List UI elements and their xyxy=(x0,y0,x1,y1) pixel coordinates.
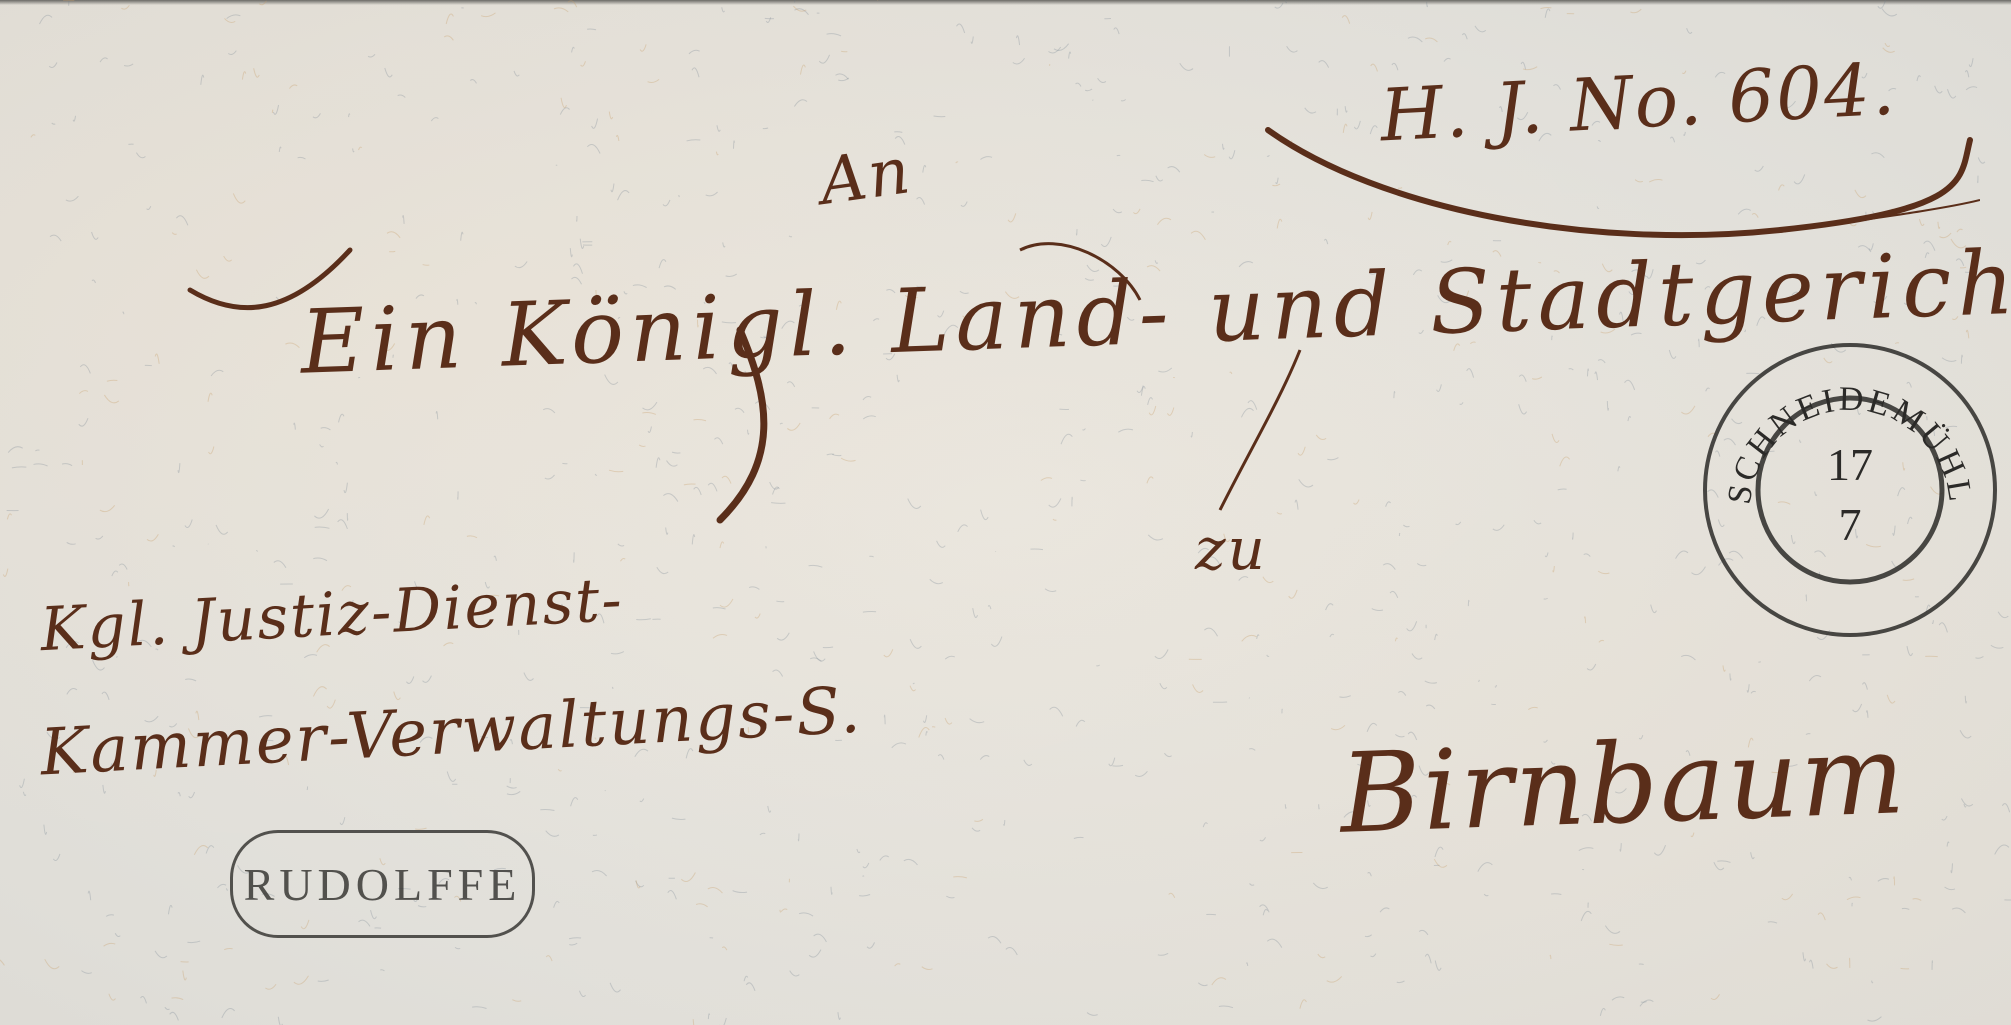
circular-postmark: SCHNEIDEMÜHL 17 7 xyxy=(1695,335,2005,645)
boxed-postmark-text: RUDOLFFE xyxy=(244,858,522,911)
postmark-month: 7 xyxy=(1839,499,1862,550)
salutation-text: An xyxy=(815,134,916,220)
postmark-day: 17 xyxy=(1827,439,1873,490)
boxed-postmark: RUDOLFFE xyxy=(230,830,535,938)
preposition-text: zu xyxy=(1195,515,1267,583)
destination-town-text: Birnbaum xyxy=(1338,710,1909,858)
